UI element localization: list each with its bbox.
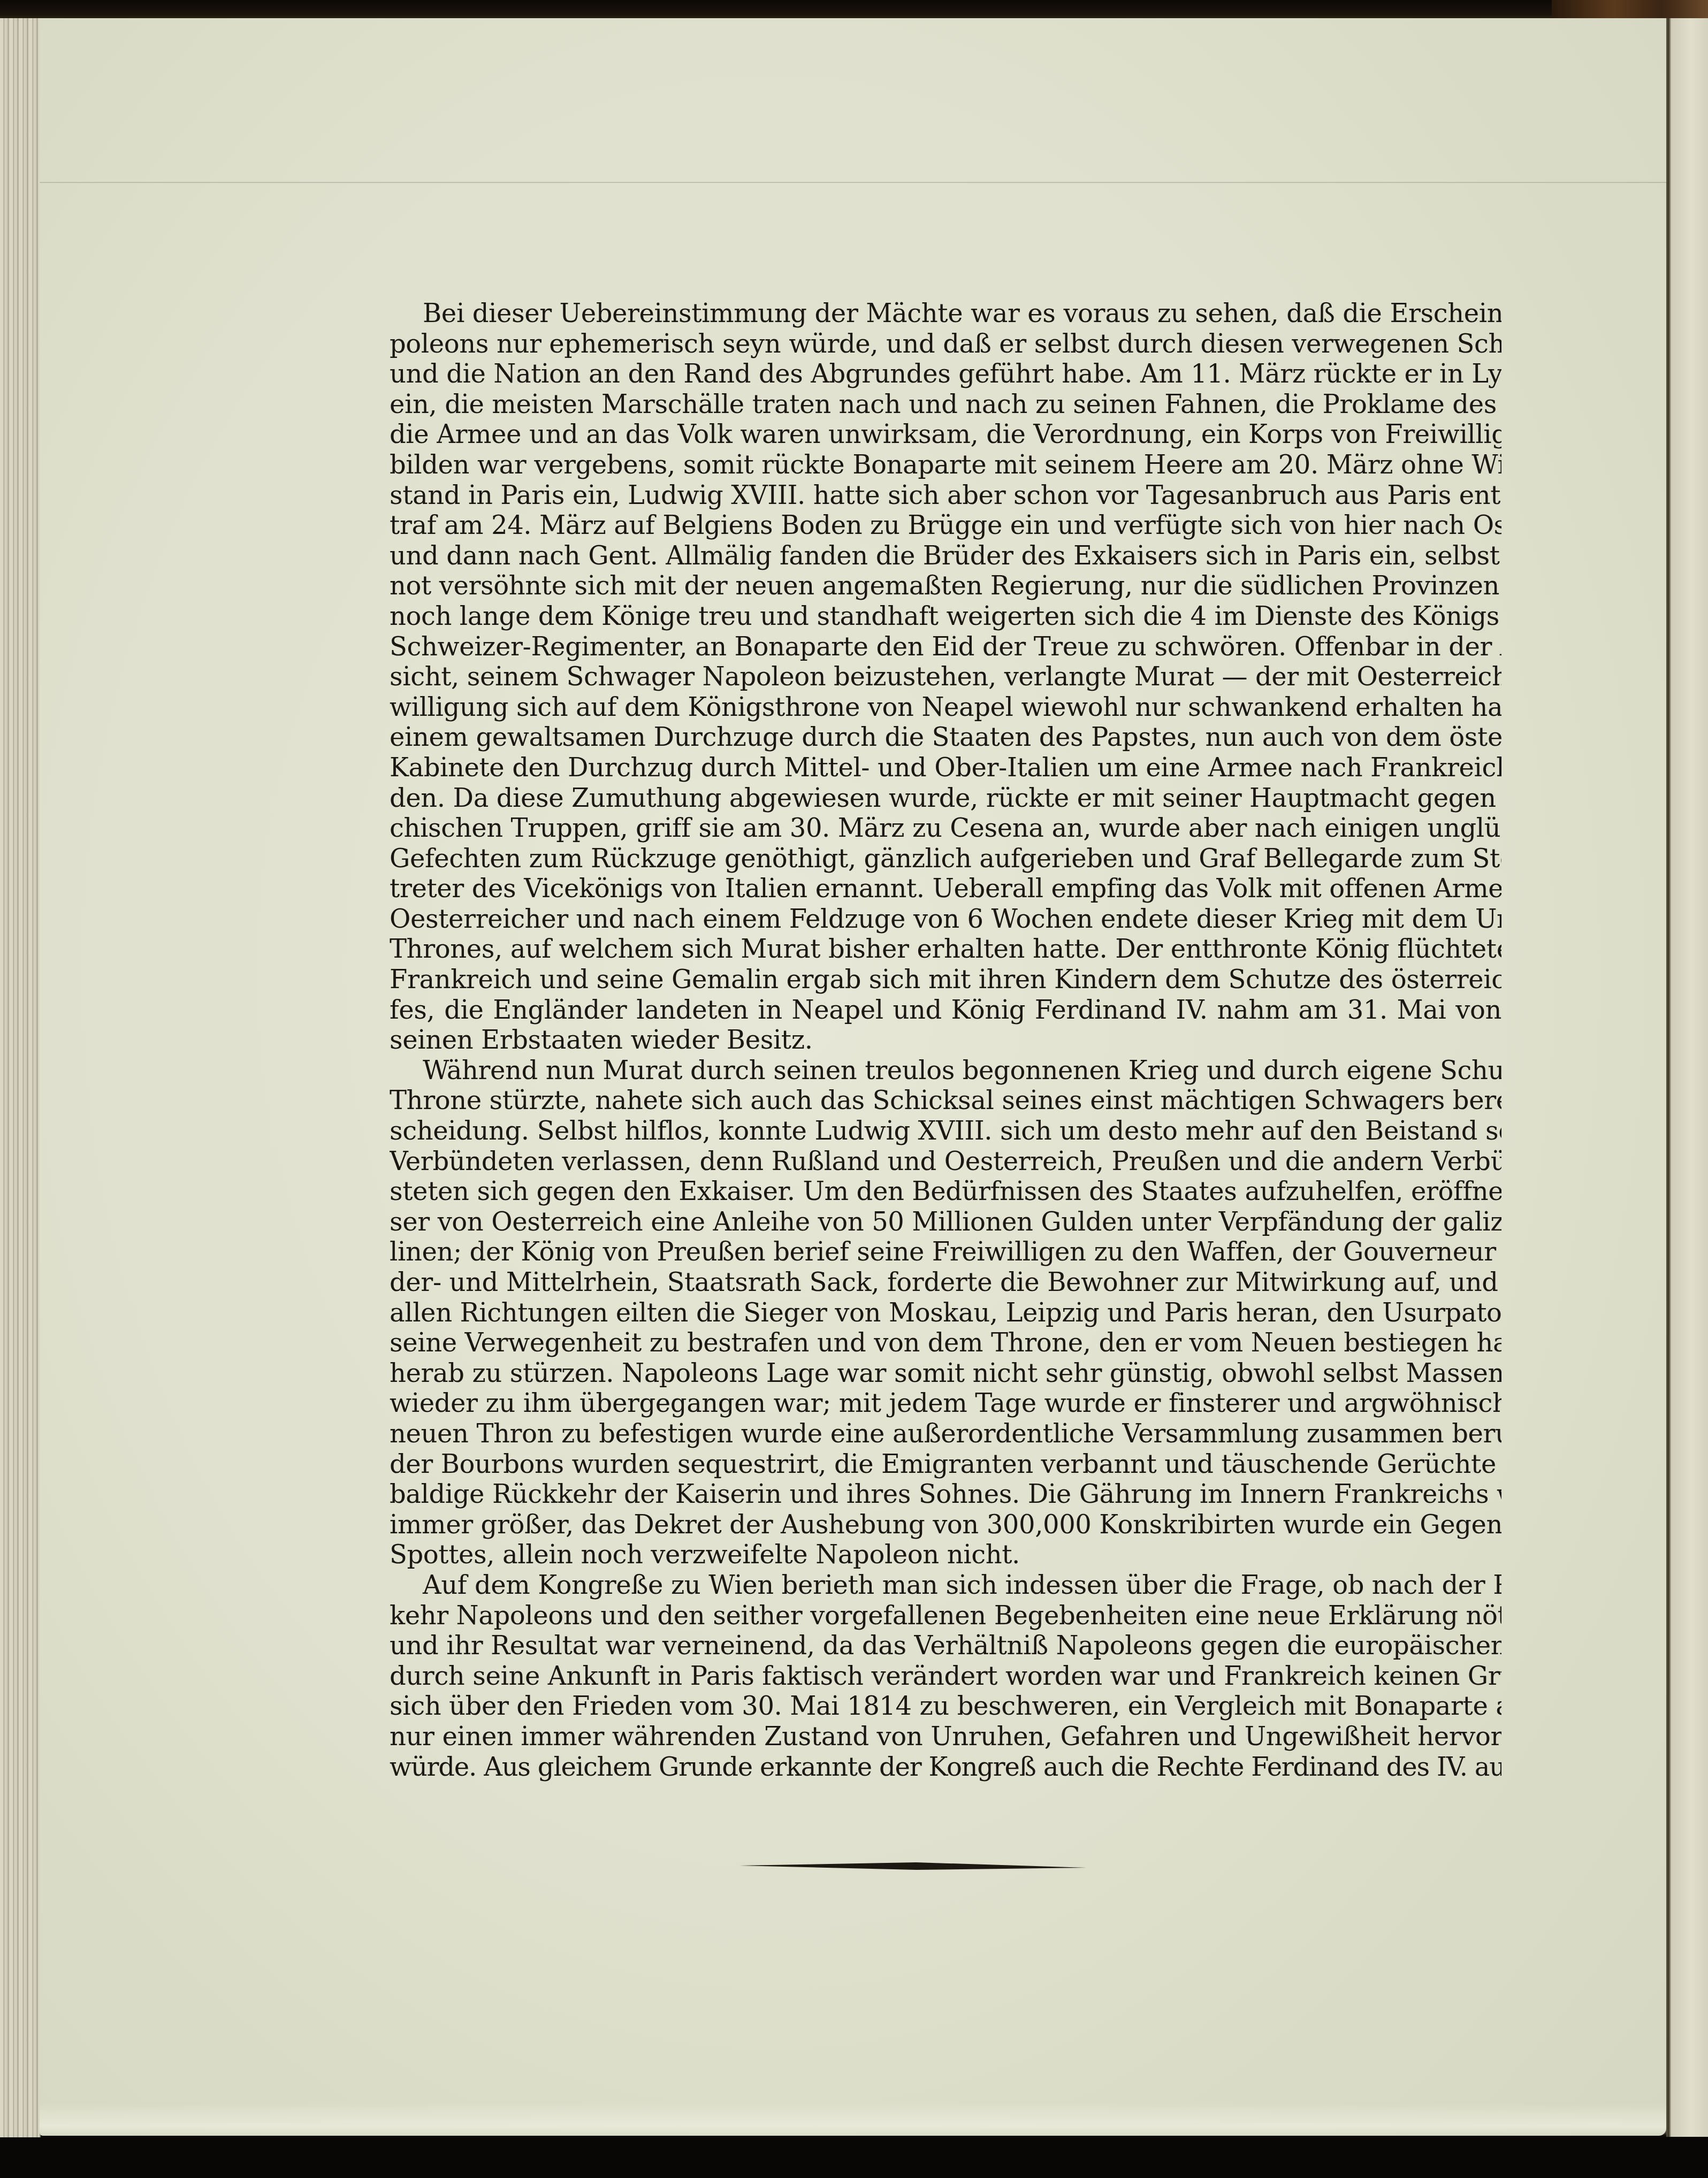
text-line: poleons nur ephemerisch seyn würde, und …: [390, 329, 1501, 360]
text-line: Thrones, auf welchem sich Murat bisher e…: [390, 934, 1501, 965]
text-line: Spottes, allein noch verzweifelte Napole…: [390, 1540, 1501, 1570]
text-line: herab zu stürzen. Napoleons Lage war som…: [390, 1358, 1501, 1389]
text-line: not versöhnte sich mit der neuen angemaß…: [390, 571, 1501, 601]
text-line: sich über den Frieden vom 30. Mai 1814 z…: [390, 1691, 1501, 1722]
text-line: kehr Napoleons und den seither vorgefall…: [390, 1601, 1501, 1631]
book-cover-edge: [1552, 0, 1708, 18]
text-line: und die Nation an den Rand des Abgrundes…: [390, 359, 1501, 389]
text-line: bilden war vergebens, somit rückte Bonap…: [390, 450, 1501, 480]
text-line: stand in Paris ein, Ludwig XVIII. hatte …: [390, 480, 1501, 511]
ornament-rule-divider: [739, 1861, 1086, 1871]
text-line: einem gewaltsamen Durchzuge durch die St…: [390, 722, 1501, 753]
scan-top-border: [0, 0, 1708, 18]
text-line: scheidung. Selbst hilflos, konnte Ludwig…: [390, 1116, 1501, 1147]
text-line: Verbündeten verlassen, denn Rußland und …: [390, 1147, 1501, 1177]
text-line: Gefechten zum Rückzuge genöthigt, gänzli…: [390, 844, 1501, 874]
text-line: sicht, seinem Schwager Napoleon beizuste…: [390, 662, 1501, 692]
text-line: chischen Truppen, griff sie am 30. März …: [390, 813, 1501, 844]
text-line: durch seine Ankunft in Paris faktisch ve…: [390, 1661, 1501, 1692]
text-line: Schweizer-Regimenter, an Bonaparte den E…: [390, 632, 1501, 662]
text-line: nur einen immer währenden Zustand von Un…: [390, 1722, 1501, 1752]
text-line: neuen Thron zu befestigen wurde eine auß…: [390, 1419, 1501, 1449]
text-line: Während nun Murat durch seinen treulos b…: [390, 1056, 1501, 1086]
text-line: Throne stürzte, nahete sich auch das Sch…: [390, 1086, 1501, 1116]
scanned-page-view: Bei dieser Uebereinstimmung der Mächte w…: [0, 0, 1708, 2178]
text-line: steten sich gegen den Exkaiser. Um den B…: [390, 1176, 1501, 1207]
text-line: immer größer, das Dekret der Aushebung v…: [390, 1510, 1501, 1540]
text-line: und dann nach Gent. Allmälig fanden die …: [390, 541, 1501, 571]
text-line: würde. Aus gleichem Grunde erkannte der …: [390, 1752, 1501, 1783]
text-line: Oesterreicher und nach einem Feldzuge vo…: [390, 904, 1501, 935]
text-line: die Armee und an das Volk waren unwirksa…: [390, 419, 1501, 450]
text-line: Kabinete den Durchzug durch Mittel- und …: [390, 753, 1501, 783]
text-line: der- und Mittelrhein, Staatsrath Sack, f…: [390, 1267, 1501, 1298]
text-line: der Bourbons wurden sequestrirt, die Emi…: [390, 1449, 1501, 1480]
scan-bottom-border: [0, 2137, 1708, 2178]
body-text: Bei dieser Uebereinstimmung der Mächte w…: [390, 299, 1501, 1782]
text-line: baldige Rückkehr der Kaiserin und ihres …: [390, 1479, 1501, 1510]
book-gutter: [1666, 18, 1708, 2137]
text-line: wieder zu ihm übergegangen war; mit jede…: [390, 1388, 1501, 1419]
text-line: traf am 24. März auf Belgiens Boden zu B…: [390, 510, 1501, 541]
page-stack-edges: [0, 18, 41, 2139]
text-line: fes, die Engländer landeten in Neapel un…: [390, 995, 1501, 1026]
text-line: seine Verwegenheit zu bestrafen und von …: [390, 1328, 1501, 1358]
text-line: ser von Oesterreich eine Anleihe von 50 …: [390, 1207, 1501, 1237]
text-line: willigung sich auf dem Königsthrone von …: [390, 692, 1501, 723]
text-line: Frankreich und seine Gemalin ergab sich …: [390, 965, 1501, 995]
text-line: Auf dem Kongreße zu Wien berieth man sic…: [390, 1570, 1501, 1601]
text-line: allen Richtungen eilten die Sieger von M…: [390, 1298, 1501, 1328]
text-line: und ihr Resultat war verneinend, da das …: [390, 1631, 1501, 1661]
text-line: Bei dieser Uebereinstimmung der Mächte w…: [390, 299, 1501, 329]
text-line: ein, die meisten Marschälle traten nach …: [390, 389, 1501, 420]
text-line: treter des Vicekönigs von Italien ernann…: [390, 874, 1501, 904]
text-line: seinen Erbstaaten wieder Besitz.: [390, 1025, 1501, 1056]
paper-fold-line: [40, 182, 1666, 183]
text-line: linen; der König von Preußen berief sein…: [390, 1237, 1501, 1267]
text-line: den. Da diese Zumuthung abgewiesen wurde…: [390, 783, 1501, 814]
text-line: noch lange dem Könige treu und standhaft…: [390, 601, 1501, 632]
